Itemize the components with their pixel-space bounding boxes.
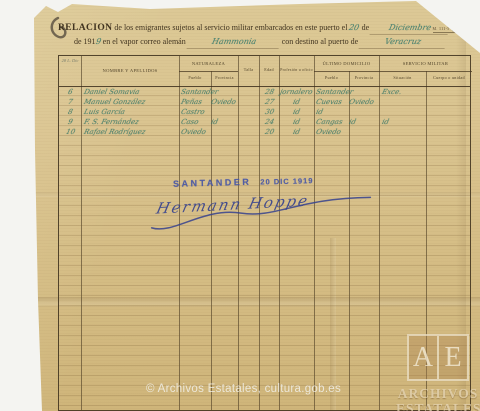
header-nombre: NOMBRE Y APELLIDOS <box>81 68 179 73</box>
group-header-rule <box>314 71 472 72</box>
form-title: RELACION <box>58 23 112 33</box>
row-nat-provincia: Oviedo <box>210 99 237 106</box>
row-name: Manuel González <box>83 99 146 106</box>
row-nat-pueblo: Caso <box>180 119 199 126</box>
row-nat-pueblo: Oviedo <box>180 129 207 136</box>
row-dom-pueblo: Cangas <box>315 119 343 126</box>
row-edad: 20 <box>264 129 275 136</box>
row-situacion: Exce. <box>381 89 402 96</box>
row-dom-pueblo: Santander <box>315 89 354 96</box>
header-edad: Edad <box>259 68 279 73</box>
heading-line1-text: de los emigrantes sujetos al servicio mi… <box>114 23 347 32</box>
row-dom-provincia: id <box>348 119 356 126</box>
printer-imprint: M. 111-5 — M. B. Tip. <box>433 26 476 33</box>
copyright-watermark: © Archivos Estatales, cultura.gob.es <box>146 383 341 395</box>
header-naturaleza-pueblo: Pueblo <box>179 76 211 81</box>
row-edad: 27 <box>264 99 275 106</box>
row-nat-pueblo: Castro <box>180 109 205 116</box>
row-name: Daniel Somavia <box>83 89 140 96</box>
handwritten-destination-port: Veracruz <box>359 35 448 49</box>
row-edad: 28 <box>264 89 275 96</box>
logo-box: A E <box>407 334 469 381</box>
pencil-folio-number: 2 <box>451 21 461 35</box>
form-heading: RELACION de los emigrantes sujetos al se… <box>58 21 472 49</box>
row-dom-pueblo: Cuevas <box>315 99 342 106</box>
row-profesion: id <box>292 129 300 136</box>
row-number: 8 <box>67 109 73 116</box>
header-naturaleza-provincia: Provincia <box>211 76 238 81</box>
row-edad: 30 <box>264 109 275 116</box>
row-number: 9 <box>67 119 73 126</box>
row-profesion: id <box>292 109 300 116</box>
heading-line-1: RELACION de los emigrantes sujetos al se… <box>58 21 472 35</box>
row-dom-pueblo: Oviedo <box>315 129 342 136</box>
header-profesion: Profesión u oficio <box>279 68 314 72</box>
table-row: 8 Luis García Castro 30 id id <box>59 107 472 117</box>
scan-background: RELACION de los emigrantes sujetos al se… <box>0 0 480 411</box>
heading-line1-de: de <box>362 23 370 32</box>
logo-letter-e: E <box>439 336 467 379</box>
header-domicilio-provincia: Provincia <box>349 76 379 81</box>
heading-line2-prefix: de 191 <box>74 37 96 46</box>
row-profesion: jornalero <box>279 89 313 96</box>
handwritten-ship-name: Hammonia <box>186 35 281 49</box>
table-row: 10 Rafael Rodríguez Oviedo 20 id Oviedo <box>59 127 472 137</box>
header-situacion: Situación <box>379 76 426 81</box>
row-name: Rafael Rodríguez <box>83 129 146 136</box>
table-row: 7 Manuel González Peñas Oviedo 27 id Cue… <box>59 97 472 107</box>
header-naturaleza: NATURALEZA <box>179 61 238 66</box>
archivos-estatales-logo: A E ARCHIVOS ESTATALES <box>396 334 480 411</box>
header-domicilio-pueblo: Pueblo <box>314 76 349 81</box>
row-number: 6 <box>67 89 73 96</box>
header-cuerpo: Cuerpo o unidad <box>426 76 472 81</box>
row-number: 10 <box>65 129 76 136</box>
header-ultimo-domicilio: ÚLTIMO DOMICILIO <box>314 61 379 66</box>
handwritten-day: 20 <box>348 21 361 34</box>
header-talla: Talla <box>238 68 259 73</box>
row-profesion: id <box>292 99 300 106</box>
logo-word-estatales: ESTATALES <box>396 401 480 411</box>
logo-wordmark: ARCHIVOS ESTATALES <box>396 386 480 411</box>
row-nat-provincia: id <box>210 119 218 126</box>
row-dom-pueblo: id <box>315 109 323 116</box>
table-row: 9 F. S. Fernández Caso id 24 id Cangas i… <box>59 117 472 127</box>
row-name: Luis García <box>83 109 125 116</box>
row-name: F. S. Fernández <box>83 119 139 126</box>
logo-word-archivos: ARCHIVOS <box>396 386 480 401</box>
row-dom-provincia: Oviedo <box>348 99 375 106</box>
row-nat-pueblo: Santander <box>180 89 219 96</box>
stamp-city: SANTANDER <box>173 177 252 189</box>
header-servicio-militar: SERVICIO MILITAR <box>379 61 472 66</box>
group-header-rule <box>179 71 238 72</box>
row-profesion: id <box>292 119 300 126</box>
table-row: 6 Daniel Somavia Santander 28 jornalero … <box>59 87 472 97</box>
heading-line2-dest: con destino al puerto de <box>282 37 358 46</box>
row-nat-pueblo: Peñas <box>180 99 203 106</box>
row-edad: 24 <box>264 119 275 126</box>
heading-line2-text: en el vapor correo alemán <box>103 37 186 46</box>
margin-pencil-note: 28 L. Dic <box>60 58 80 63</box>
row-situacion: id <box>381 119 389 126</box>
row-number: 7 <box>67 99 73 106</box>
heading-line-2: de 1919 en el vapor correo alemán Hammon… <box>58 35 472 49</box>
logo-letter-a: A <box>409 336 439 379</box>
